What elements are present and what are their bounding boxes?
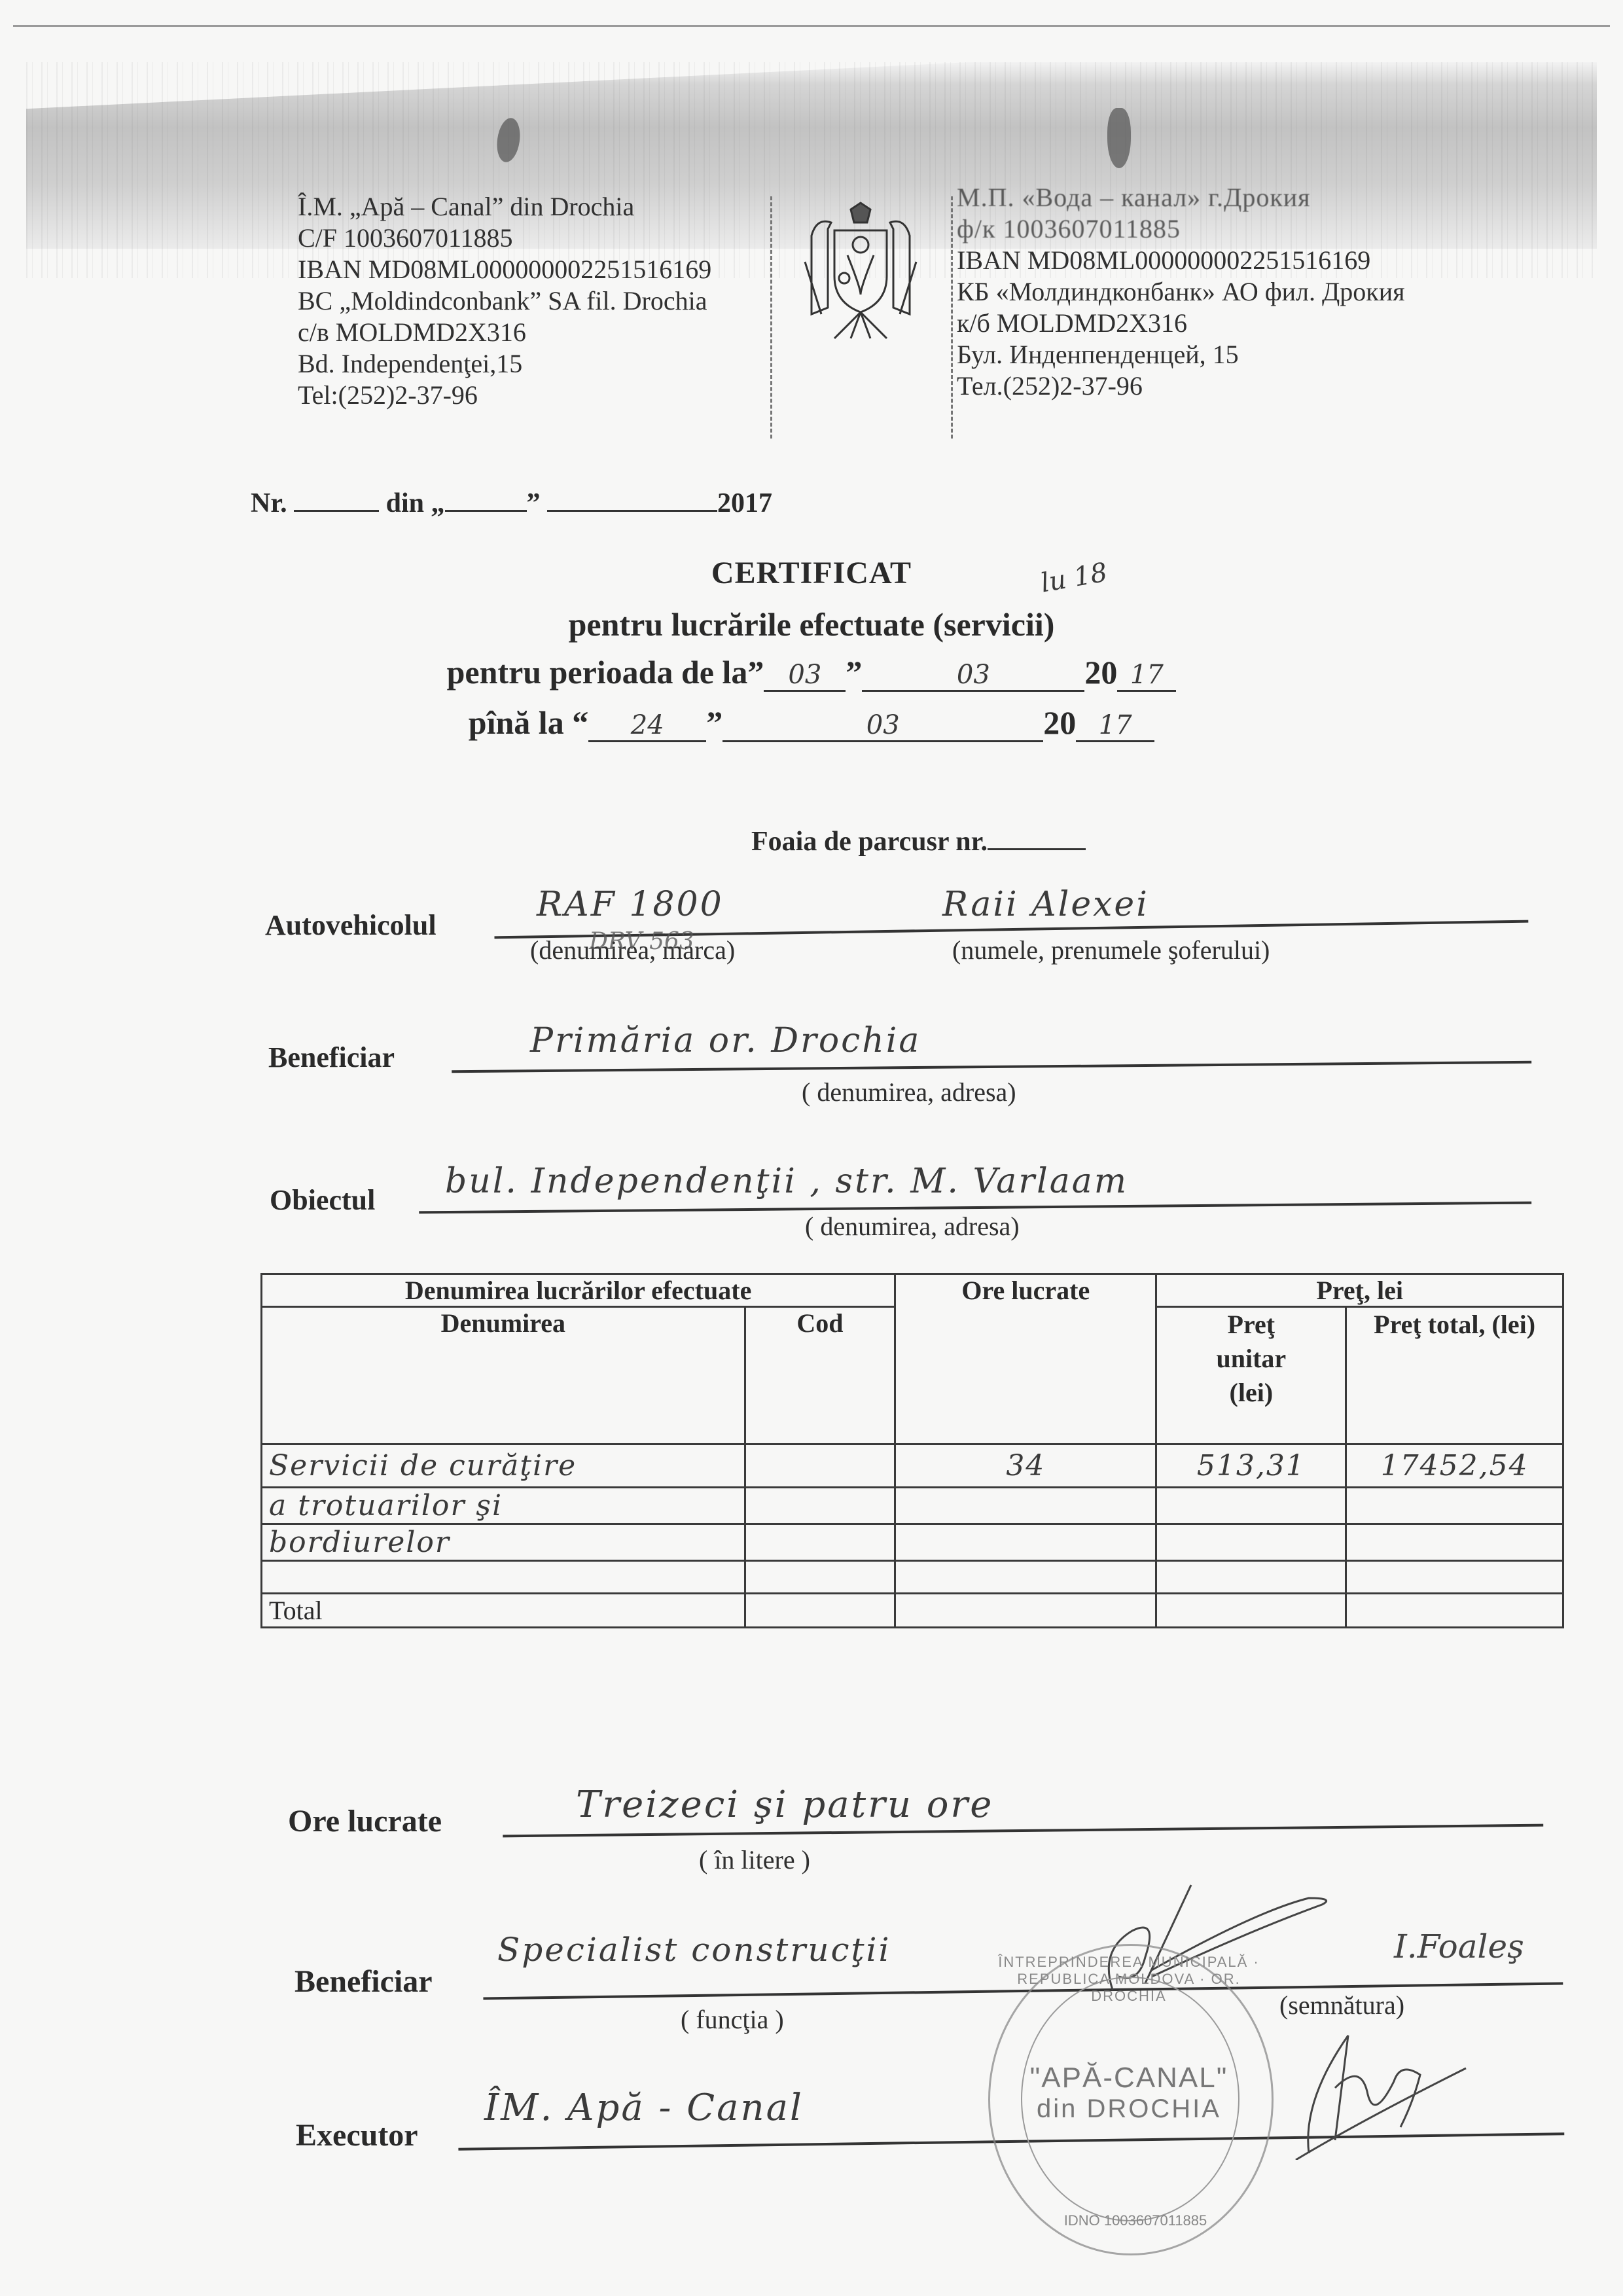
cell-code[interactable] <box>745 1444 895 1488</box>
cell-name[interactable]: a trotuarilor şi <box>262 1488 745 1524</box>
cell-unit-price[interactable]: 513,31 <box>1156 1444 1346 1488</box>
table-row: bordiurelor <box>262 1524 1563 1561</box>
cell-unit-price[interactable] <box>1156 1488 1346 1524</box>
hours-words-hint: ( în litere ) <box>699 1844 810 1875</box>
header-price: Preţ, lei <box>1156 1274 1563 1307</box>
iban-ru: IBAN MD08ML000000002251516169 <box>957 245 1405 276</box>
period-from-quote: ” <box>846 654 862 691</box>
din-label: din „ <box>386 488 445 518</box>
stamp-ring-text: ÎNTREPRINDEREA MUNICIPALĂ · REPUBLICA MO… <box>988 1954 1270 2005</box>
year-label: 2017 <box>717 488 772 518</box>
cell-hours[interactable] <box>895 1524 1156 1561</box>
period-to-day[interactable]: 24 <box>588 710 706 742</box>
phone-ro: Tel:(252)2-37-96 <box>298 380 711 411</box>
cell-total-price[interactable] <box>1346 1524 1563 1561</box>
stamp-idno: IDNO 1003607011885 <box>1027 2212 1243 2229</box>
cell-total-price[interactable] <box>1346 1488 1563 1524</box>
cell-total-price[interactable]: 17452,54 <box>1346 1444 1563 1488</box>
nr-label: Nr. <box>251 488 287 518</box>
cell-hours[interactable]: 34 <box>895 1444 1156 1488</box>
vehicle-label: Autovehicolul <box>265 908 437 942</box>
fiscal-code-ru: ф/к 1003607011885 <box>957 213 1405 245</box>
scan-edge-line <box>13 25 1610 27</box>
hours-words-value: Treizeci şi patru ore <box>576 1784 993 1826</box>
total-code[interactable] <box>745 1594 895 1628</box>
header-works: Denumirea lucrărilor efectuate <box>262 1274 895 1307</box>
stamp-subtitle: din DROCHIA <box>1008 2094 1250 2124</box>
beneficiary-value: Primăria or. Drochia <box>530 1021 921 1060</box>
works-table: Denumirea lucrărilor efectuate Ore lucra… <box>260 1273 1564 1628</box>
period-to-month[interactable]: 03 <box>722 710 1043 742</box>
document-number-line: Nr. din „” 2017 <box>251 488 772 519</box>
total-unit-price[interactable] <box>1156 1594 1346 1628</box>
signoff-beneficiary-label: Beneficiar <box>294 1964 433 2000</box>
header-unit-price: Preţ unitar (lei) <box>1156 1307 1346 1444</box>
letterhead-divider-left <box>770 196 772 439</box>
table-group-header-row: Denumirea lucrărilor efectuate Ore lucra… <box>262 1274 1563 1307</box>
vehicle-value: RAF 1800 <box>537 885 724 924</box>
header-code: Cod <box>745 1307 895 1444</box>
table-row: Servicii de curăţire 34 513,31 17452,54 <box>262 1444 1563 1488</box>
header-name: Denumirea <box>262 1307 745 1444</box>
total-hours[interactable] <box>895 1594 1156 1628</box>
letterhead-romanian: Î.M. „Apă – Canal” din Drochia C/F 10036… <box>298 191 711 411</box>
cell-total-price[interactable] <box>1346 1561 1563 1594</box>
nr-field[interactable] <box>294 510 379 512</box>
executor-label: Executor <box>296 2117 418 2153</box>
stamp-title: "APĂ-CANAL" <box>1008 2062 1250 2094</box>
certificate-heading: CERTIFICAT <box>0 555 1623 591</box>
period-from-day[interactable]: 03 <box>764 660 846 692</box>
header-hours: Ore lucrate <box>895 1274 1156 1444</box>
driver-value: Raii Alexei <box>942 885 1149 924</box>
cell-code[interactable] <box>745 1488 895 1524</box>
beneficiary-hint: ( denumirea, adresa) <box>802 1077 1016 1107</box>
table-total-row: Total <box>262 1594 1563 1628</box>
cell-code[interactable] <box>745 1561 895 1594</box>
waybill-field[interactable] <box>988 848 1086 850</box>
waybill-label: Foaia de parcusr nr. <box>751 827 988 857</box>
period-from-line: pentru perioada de la”03”032017 <box>0 653 1623 692</box>
total-total-price[interactable] <box>1346 1594 1563 1628</box>
period-to-year[interactable]: 17 <box>1076 710 1154 742</box>
period-to-label: pînă la “ <box>469 704 588 741</box>
moldova-coat-of-arms-icon <box>785 190 936 340</box>
beneficiary-label: Beneficiar <box>268 1041 395 1074</box>
bank-ru: КБ «Молдиндконбанк» АО фил. Дрокия <box>957 276 1405 308</box>
cell-unit-price[interactable] <box>1156 1561 1346 1594</box>
signoff-function-hint: ( funcţia ) <box>681 2004 784 2035</box>
address-ru: Бул. Инденпенденцей, 15 <box>957 339 1405 370</box>
stamp-center: "APĂ-CANAL" din DROCHIA <box>1008 2062 1250 2124</box>
period-from-year-prefix: 20 <box>1084 654 1117 691</box>
address-ro: Bd. Independenţei,15 <box>298 348 711 380</box>
driver-hint: (numele, prenumele şoferului) <box>952 935 1270 965</box>
hours-words-label: Ore lucrate <box>288 1803 442 1839</box>
quote-close: ” <box>527 488 541 518</box>
letterhead-russian: М.П. «Вода – канал» г.Дрокия ф/к 1003607… <box>957 182 1405 402</box>
total-label: Total <box>262 1594 745 1628</box>
punch-hole-right <box>1107 108 1131 168</box>
executor-signature-scribble <box>1283 2009 1479 2160</box>
org-name-ru: М.П. «Вода – канал» г.Дрокия <box>957 182 1405 213</box>
period-from-month[interactable]: 03 <box>862 660 1084 692</box>
cell-name[interactable]: bordiurelor <box>262 1524 745 1561</box>
bank-ro: BC „Moldindconbank” SA fil. Drochia <box>298 285 711 317</box>
waybill-line: Foaia de parcusr nr. <box>751 826 1086 857</box>
letterhead-divider-right <box>951 196 953 439</box>
cell-hours[interactable] <box>895 1488 1156 1524</box>
bank-code-ro: c/в MOLDMD2X316 <box>298 317 711 348</box>
cell-unit-price[interactable] <box>1156 1524 1346 1561</box>
cell-hours[interactable] <box>895 1561 1156 1594</box>
table-row <box>262 1561 1563 1594</box>
vehicle-overwrite: DRV 563 <box>589 928 694 955</box>
certificate-subtitle: pentru lucrările efectuate (servicii) <box>0 605 1623 643</box>
object-hint: ( denumirea, adresa) <box>805 1211 1020 1242</box>
month-field[interactable] <box>547 510 717 512</box>
period-to-quote: ” <box>706 704 722 741</box>
period-from-year[interactable]: 17 <box>1117 660 1176 692</box>
signoff-function-value: Specialist construcţii <box>497 1931 891 1969</box>
iban-ro: IBAN MD08ML000000002251516169 <box>298 254 711 285</box>
period-from-label: pentru perioada de la” <box>447 654 764 691</box>
cell-code[interactable] <box>745 1524 895 1561</box>
day-field[interactable] <box>445 510 527 512</box>
org-name-ro: Î.M. „Apă – Canal” din Drochia <box>298 191 711 223</box>
cell-name[interactable] <box>262 1561 745 1594</box>
table-row: a trotuarilor şi <box>262 1488 1563 1524</box>
cell-name[interactable]: Servicii de curăţire <box>262 1444 745 1488</box>
phone-ru: Тел.(252)2-37-96 <box>957 370 1405 402</box>
period-to-line: pînă la “24”032017 <box>0 704 1623 742</box>
period-to-year-prefix: 20 <box>1043 704 1076 741</box>
header-total-price: Preţ total, (lei) <box>1346 1307 1563 1444</box>
fiscal-code-ro: C/F 1003607011885 <box>298 223 711 254</box>
object-value: bul. Independenţii , str. M. Varlaam <box>445 1162 1128 1201</box>
executor-value: ÎM. Apă - Canal <box>484 2087 804 2129</box>
object-label: Obiectul <box>270 1183 375 1217</box>
bank-code-ru: к/б MOLDMD2X316 <box>957 308 1405 339</box>
